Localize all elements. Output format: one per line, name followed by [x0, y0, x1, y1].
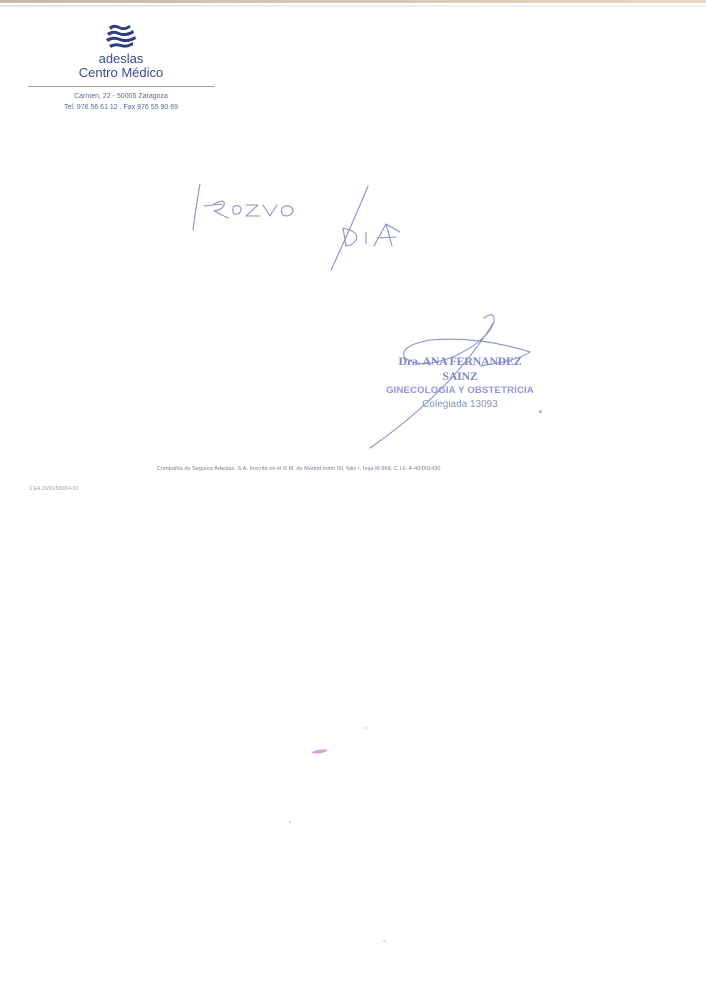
adeslas-waves-logo-icon — [103, 22, 139, 50]
stamp-registration: Colegiada 13093 — [380, 399, 540, 410]
scan-speck — [365, 727, 367, 729]
letterhead-divider — [28, 86, 214, 87]
stamp-specialty: GINECOLOGIA Y OBSTETRICIA — [380, 385, 540, 396]
scan-speck — [539, 410, 542, 413]
letterhead: adeslas Centro Médico Carmen, 22 - 50005… — [28, 22, 214, 113]
address: Carmen, 22 - 50005 Zaragoza — [28, 91, 214, 102]
legal-footer: Compañía de Seguros Adeslas, S.A. Inscri… — [157, 466, 441, 472]
doctor-stamp: Dra. ANA FERNANDEZ SAINZ GINECOLOGIA Y O… — [380, 354, 540, 410]
stamp-doctor-name: Dra. ANA FERNANDEZ SAINZ — [380, 354, 540, 384]
scan-speck — [383, 940, 386, 942]
handwritten-annotations — [0, 0, 706, 998]
brand-subtitle: Centro Médico — [28, 66, 214, 80]
phone-fax: Tel. 976 56 61 12 . Fax 976 55 90 69 — [28, 102, 214, 113]
handwriting-stroke-i — [193, 184, 200, 230]
scan-edge-line — [0, 5, 706, 7]
document-reference-code: S.EA.29/01/500/04-03 — [29, 486, 78, 492]
scan-speck — [289, 821, 291, 823]
scan-top-edge — [0, 0, 706, 3]
brand-name: adeslas — [28, 52, 214, 66]
